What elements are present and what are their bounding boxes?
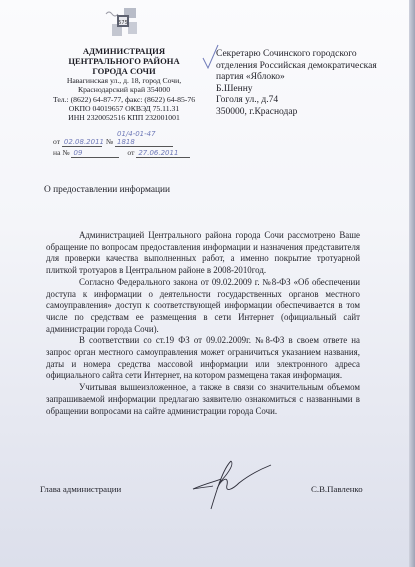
- letter-subject: О предоставлении информации: [44, 185, 170, 195]
- outgoing-reference: от 02.08.2011 № 01/4-01-47 1818: [53, 130, 173, 147]
- inn-line: ИНН 2320052516 КПП 232001001: [40, 113, 208, 122]
- sender-letterhead: АДМИНИСТРАЦИЯ ЦЕНТРАЛЬНОГО РАЙОНА ГОРОДА…: [40, 46, 208, 122]
- addressee-block: Секретарю Сочинского городского отделени…: [216, 49, 411, 119]
- phone-line: Тел.: (8622) 64-87-77, факс: (8622) 64-8…: [40, 95, 208, 104]
- handwritten-signature-icon: [187, 459, 277, 515]
- signatory-name: С.В.Павленко: [311, 484, 363, 494]
- org-name-line: АДМИНИСТРАЦИЯ: [40, 46, 208, 56]
- body-paragraph: Согласно Федерального закона от 09.02.20…: [46, 277, 360, 336]
- body-paragraph: Администрацией Центрального района город…: [46, 230, 360, 277]
- addressee-line: Секретарю Сочинского городского: [216, 49, 411, 61]
- address-line: Навагинская ул., д. 18, город Сочи,: [40, 76, 208, 85]
- addressee-line: партия «Яблоко»: [216, 72, 411, 84]
- okpo-line: ОКПО 04019657 ОКВЭД 75.11.31: [40, 104, 208, 113]
- outgoing-date: 02.08.2011: [62, 138, 102, 147]
- outgoing-number-label: №: [106, 137, 113, 146]
- incoming-date-label: от: [127, 148, 134, 157]
- addressee-name: Б.Шенну: [216, 84, 411, 96]
- addressee-city: 350000, г.Краснодар: [216, 107, 411, 119]
- incoming-number-label: на №: [53, 148, 70, 157]
- incoming-date: 27.06.2011: [136, 149, 190, 158]
- outgoing-number: 01/4-01-47 1818: [115, 130, 173, 147]
- svg-text:575: 575: [118, 20, 128, 26]
- org-name-line: ГОРОДА СОЧИ: [40, 66, 208, 76]
- body-paragraph: Учитывая вышеизложенное, а также в связи…: [46, 382, 360, 417]
- body-paragraph: В соответствии со ст.19 ФЗ от 09.02.2009…: [46, 335, 360, 382]
- outgoing-date-label: от: [53, 137, 60, 146]
- letter-body: Администрацией Центрального района город…: [46, 230, 360, 417]
- signatory-title: Глава администрации: [40, 484, 121, 494]
- addressee-street: Гоголя ул., д.74: [216, 95, 411, 107]
- coat-of-arms-logo-icon: 575: [104, 6, 140, 40]
- org-name-line: ЦЕНТРАЛЬНОГО РАЙОНА: [40, 56, 208, 66]
- addressee-line: отделения Российская демократическая: [216, 61, 411, 73]
- address-line: Краснодарский край 354000: [40, 85, 208, 94]
- incoming-number: 09: [71, 149, 119, 158]
- incoming-reference: на № 09 от 27.06.2011: [53, 148, 190, 158]
